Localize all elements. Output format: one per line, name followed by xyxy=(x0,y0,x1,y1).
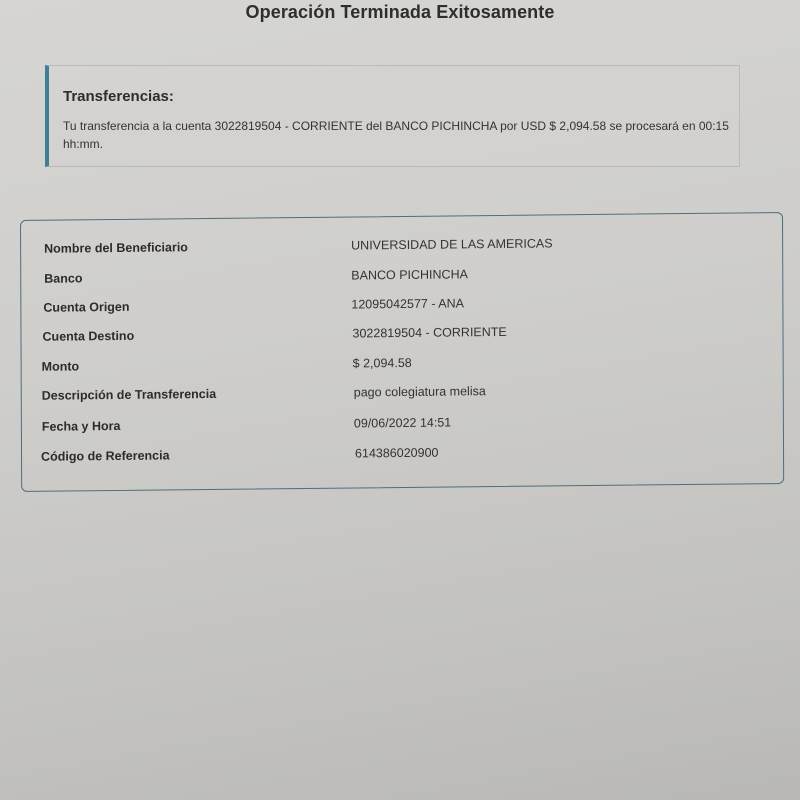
detail-row-destination-account: Cuenta Destino 3022819504 - CORRIENTE xyxy=(21,322,782,352)
detail-label: Cuenta Destino xyxy=(42,329,134,344)
detail-value: UNIVERSIDAD DE LAS AMERICAS xyxy=(351,236,553,252)
detail-label: Nombre del Beneficiario xyxy=(44,240,188,256)
detail-value: 12095042577 - ANA xyxy=(351,296,464,311)
detail-label: Monto xyxy=(42,359,80,373)
page-title: Operación Terminada Exitosamente xyxy=(0,0,800,23)
detail-row-description: Descripción de Transferencia pago colegi… xyxy=(22,381,783,411)
detail-row-bank: Banco BANCO PICHINCHA xyxy=(21,264,782,294)
detail-value: 09/06/2022 14:51 xyxy=(354,415,451,430)
detail-value: BANCO PICHINCHA xyxy=(351,267,468,282)
detail-value: 3022819504 - CORRIENTE xyxy=(352,325,506,341)
detail-value: pago colegiatura melisa xyxy=(354,384,486,399)
detail-label: Descripción de Transferencia xyxy=(42,387,216,403)
notice-title: Transferencias: xyxy=(63,88,723,105)
notice-message: Tu transferencia a la cuenta 3022819504 … xyxy=(63,117,733,153)
detail-row-amount: Monto $ 2,094.58 xyxy=(22,352,783,382)
detail-value: $ 2,094.58 xyxy=(353,356,412,371)
detail-row-reference-code: Código de Referencia 614386020900 xyxy=(22,442,783,472)
detail-label: Banco xyxy=(44,271,82,285)
detail-row-beneficiary: Nombre del Beneficiario UNIVERSIDAD DE L… xyxy=(21,234,782,264)
detail-value: 614386020900 xyxy=(355,446,438,461)
transfer-details-panel: Nombre del Beneficiario UNIVERSIDAD DE L… xyxy=(20,212,784,492)
detail-label: Cuenta Origen xyxy=(43,300,129,315)
detail-row-source-account: Cuenta Origen 12095042577 - ANA xyxy=(21,293,782,323)
detail-row-datetime: Fecha y Hora 09/06/2022 14:51 xyxy=(22,412,783,442)
detail-label: Fecha y Hora xyxy=(42,419,121,434)
detail-label: Código de Referencia xyxy=(41,448,170,463)
transfer-notice: Transferencias: Tu transferencia a la cu… xyxy=(45,65,740,167)
